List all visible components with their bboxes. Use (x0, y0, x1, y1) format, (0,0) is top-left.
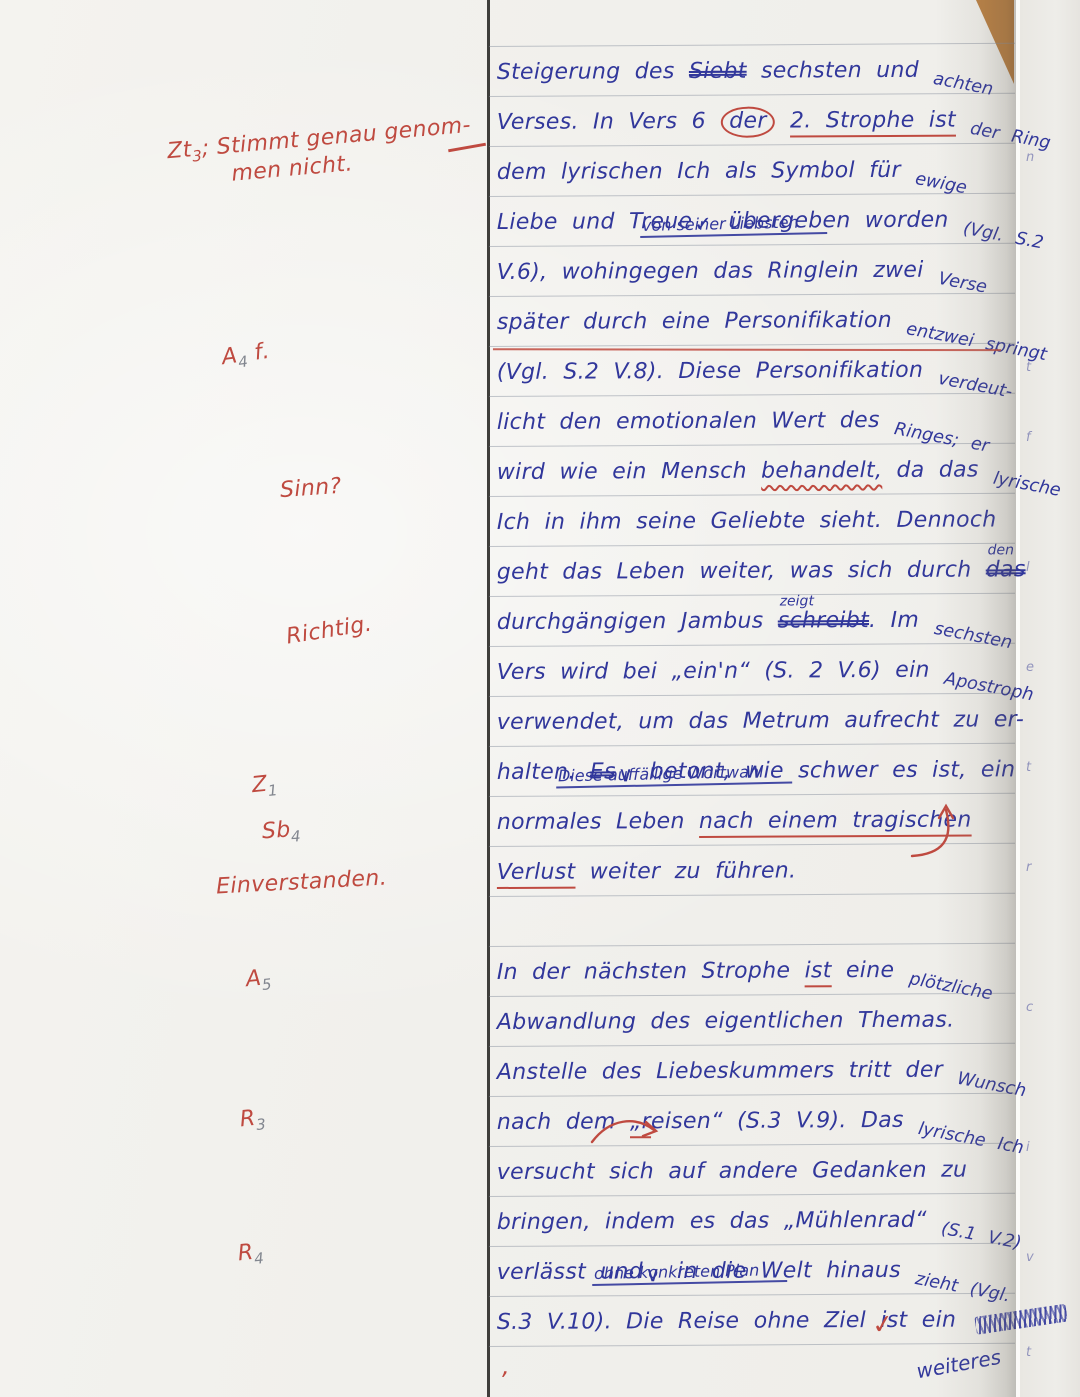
corrected-word-wrap: zeigtschreibt (778, 608, 869, 633)
handwriting-line: Abwandlung des eigentlichen Themas. (497, 1008, 955, 1056)
word-segment: Anstelle des Liebeskummers tritt der (497, 1058, 958, 1085)
notebook-margin-line (487, 0, 490, 1397)
margin-note-text: f. (245, 339, 271, 367)
cut-off-letter: v (1026, 1250, 1034, 1265)
word-segment (956, 108, 970, 133)
red-underlined-text: behandelt, (761, 458, 882, 484)
margin-note-text: R (239, 1106, 257, 1133)
margin-note-text: R (237, 1240, 255, 1267)
handwriting-line: bringen, indem es das „Mühlenrad“ (S.1 V… (497, 1207, 1023, 1256)
handwriting-line: Verlust weiter zu führen. (497, 858, 797, 906)
word-segment: (S.1 V.2) (940, 1219, 1023, 1254)
handwriting-line: In der nächsten Strophe ist eine plötzli… (497, 957, 993, 1006)
word-segment: (Vgl. S.2 (962, 219, 1045, 254)
word-segment: In der nächsten Strophe (497, 958, 805, 985)
word-segment: licht den emotionalen Wert des (497, 408, 894, 435)
margin-note-text: Richtig. (285, 611, 374, 649)
word-segment: dem lyrischen Ich als Symbol für (497, 158, 915, 185)
red-underlined-text: 2. Strophe ist (790, 108, 956, 134)
word-segment: Steigerung des (497, 59, 689, 85)
word-segment: bringen, indem es das „Mühlenrad“ (497, 1208, 941, 1235)
margin-note-text: Sb (261, 817, 291, 844)
word-segment: geht das Leben weiter, was sich durch (497, 557, 986, 585)
word-segment: Ringes; er (893, 419, 991, 456)
handwriting-line: geht das Leben weiter, was sich durch de… (497, 557, 1026, 606)
red-underlined-text: Verlust (497, 860, 576, 885)
margin-note: Zt3; Stimmt genau genom-men nicht. (166, 113, 474, 193)
word-segment: Wunsch (956, 1069, 1028, 1102)
correction-above-word: zeigt (780, 593, 814, 609)
word-segment: sechsten (932, 619, 1013, 653)
handwriting-line: verwendet, um das Metrum aufrecht zu er- (497, 707, 1024, 756)
word-segment: Verse (937, 269, 989, 298)
red-tick-mark: , (502, 1352, 510, 1380)
handwriting-line: Ich in ihm seine Geliebte sieht. Dennoch (497, 507, 997, 556)
crossed-out-word: das (986, 557, 1026, 582)
crossed-out-word: schreibt (778, 608, 869, 633)
handwriting-line: Anstelle des Liebeskummers tritt der Wun… (497, 1057, 1027, 1106)
handwriting-line: licht den emotionalen Wert des Ringes; e… (497, 407, 990, 456)
margin-note: Z1 (251, 771, 279, 802)
word-segment (776, 108, 790, 133)
word-segment: verdeut- (936, 369, 1013, 403)
word-segment: . Im (869, 608, 934, 633)
word-segment: V.6), wohingegen das Ringlein zwei (497, 258, 938, 285)
word-segment: Ich in ihm seine Geliebte sieht. Dennoch (497, 507, 997, 535)
cut-off-letter: c (1026, 1000, 1033, 1015)
word-segment: sechsten und (747, 58, 934, 84)
cut-off-letter: l (1026, 560, 1030, 575)
margin-note-text: Einverstanden. (215, 866, 387, 900)
handwriting-line: normales Leben nach einem tragischen (497, 808, 972, 856)
handwriting-line: Vers wird bei „ein'n“ (S. 2 V.6) ein Apo… (497, 657, 1035, 706)
ruled-line (489, 43, 1015, 47)
word-segment: eine (832, 958, 909, 983)
margin-note: R3 (239, 1105, 267, 1136)
word-segment: wird wie ein Mensch (497, 459, 761, 485)
margin-note: Sb4 (261, 817, 302, 848)
handwriting-line: versucht sich auf andere Gedanken zu (497, 1158, 968, 1206)
red-circled-word: der (721, 107, 775, 138)
red-underline-full-line (493, 348, 1001, 351)
word-segment: achten (932, 69, 995, 100)
margin-note-subscript: 1 (267, 781, 279, 800)
cut-off-letter: n (1026, 150, 1034, 165)
crossed-out-word: Siebt (689, 59, 747, 84)
word-segment: versucht sich auf andere Gedanken zu (497, 1158, 968, 1185)
cut-off-letter: t (1026, 360, 1031, 375)
word-segment: normales Leben (497, 809, 699, 835)
corrected-word-wrap: dendas (986, 557, 1026, 582)
margin-note-text: Sinn? (279, 474, 342, 503)
word-segment: weiter zu führen. (575, 858, 796, 884)
word-segment: Apostroph (943, 669, 1036, 705)
word-segment: später durch eine Personifikation (497, 308, 907, 335)
margin-note: A4 f. (220, 339, 271, 374)
correction-above-word: den (988, 542, 1014, 558)
word-segment: zieht (Vgl. (914, 1269, 1012, 1307)
word-segment: lyrische Ich (917, 1119, 1026, 1158)
word-segment: S.3 V.10). Die Reise ohne Ziel ist ein (497, 1308, 971, 1335)
handwriting-line: V.6), wohingegen das Ringlein zwei Verse (497, 257, 987, 306)
margin-note: A5 (245, 965, 273, 996)
cut-off-letter: r (1026, 860, 1031, 875)
word-segment: eisen“ (S.3 V.9). Das (651, 1108, 918, 1134)
scribbled-out-word (974, 1304, 1068, 1335)
word-segment: Verses. In Vers 6 (497, 109, 721, 135)
correction-arrow-icon (902, 800, 972, 860)
word-segment: ein (981, 757, 1016, 782)
word-segment: (Vgl. S.2 V.8). Diese Personifikation (497, 358, 938, 385)
word-segment: Vers wird bei „ein'n“ (S. 2 V.6) ein (497, 658, 944, 685)
word-segment: da das (882, 457, 993, 483)
word-segment: lyrische (992, 469, 1063, 501)
margin-note-subscript: 4 (253, 1249, 265, 1268)
word-segment: plötzliche (907, 969, 994, 1004)
ruled-line (489, 943, 1015, 947)
cut-off-letter: i (1026, 1140, 1030, 1155)
cut-off-letter: e (1026, 660, 1034, 675)
inline-correction: ohne konkreten Plan (592, 1260, 788, 1286)
word-segment: Abwandlung des eigentlichen Themas. (497, 1008, 955, 1035)
word-segment: der Ring (969, 119, 1053, 154)
correction-arrow-icon (588, 1114, 664, 1148)
notebook-photo: Zt3; Stimmt genau genom-men nicht.A4 f.S… (0, 0, 1080, 1397)
cut-off-letter: t (1026, 1345, 1031, 1360)
margin-note-text: Zt (166, 137, 193, 164)
margin-note: R4 (237, 1239, 265, 1270)
handwriting-line: Verses. In Vers 6 der 2. Strophe ist der… (497, 107, 1052, 156)
handwriting-line: (Vgl. S.2 V.8). Diese Personifikation ve… (497, 357, 1013, 406)
cut-off-letter: f (1026, 430, 1031, 445)
cut-off-letter: t (1026, 760, 1031, 775)
margin-note-text: A (245, 966, 263, 992)
handwriting-line: nach dem „reisen“ (S.3 V.9). Das lyrisch… (497, 1107, 1025, 1156)
margin-note: Richtig. (285, 611, 374, 649)
inline-correction: von seiner Liebsten (640, 212, 827, 238)
margin-note: Sinn? (279, 474, 342, 503)
margin-note-subscript: 3 (255, 1115, 267, 1134)
red-check-icon: ✓ (870, 1309, 896, 1342)
handwriting-line: durchgängigen Jambus zeigtschreibt. Im s… (497, 607, 1013, 656)
word-segment: durchgängigen Jambus (497, 609, 778, 635)
margin-note-subscript: 5 (261, 975, 273, 994)
margin-note: Einverstanden. (215, 866, 387, 900)
handwriting-line: wird wie ein Mensch behandelt, da das ly… (497, 457, 1062, 506)
handwriting-line: Steigerung des Siebt sechsten und achten (497, 57, 994, 106)
word-segment: verwendet, um das Metrum aufrecht zu er- (497, 707, 1024, 735)
word-segment: ewige (914, 169, 969, 198)
red-underlined-text: ist (804, 958, 831, 983)
handwriting-line: später durch eine Personifikation entzwe… (497, 307, 1049, 356)
margin-note-subscript: 4 (290, 827, 301, 846)
handwriting-line: dem lyrischen Ich als Symbol für ewige (497, 158, 968, 206)
